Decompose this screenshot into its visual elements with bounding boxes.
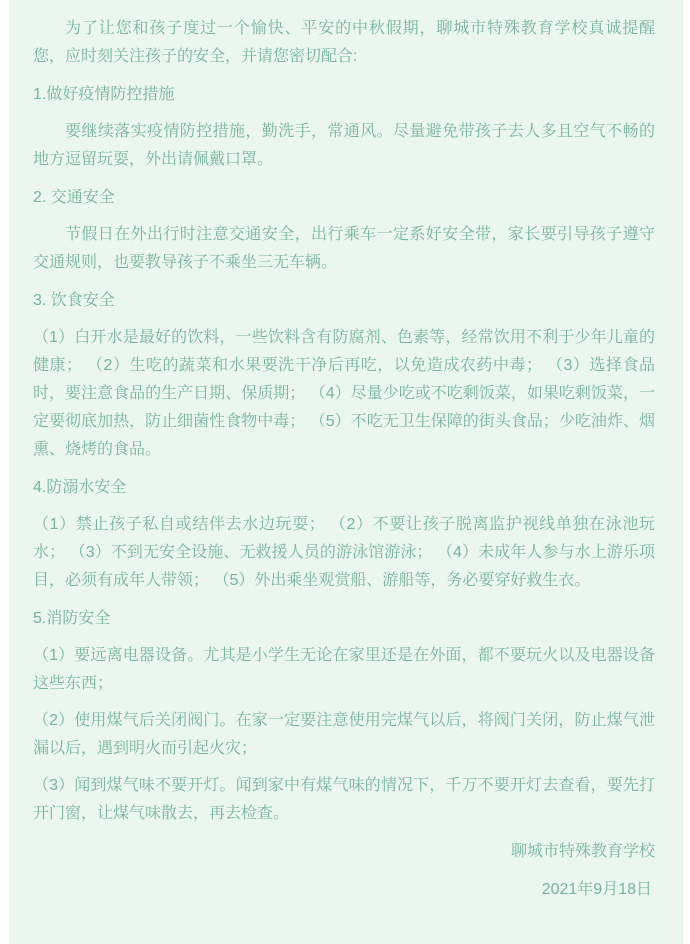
section-1-paragraph: 要继续落实疫情防控措施，勤洗手，常通风。尽量避免带孩子去人多且空气不畅的地方逗留… <box>33 118 655 174</box>
section-2-paragraph: 节假日在外出行时注意交通安全，出行乘车一定系好安全带，家长要引导孩子遵守交通规则… <box>33 221 655 277</box>
section-5-paragraph-2: （2）使用煤气后关闭阀门。在家一定要注意使用完煤气以后，将阀门关闭，防止煤气泄漏… <box>33 707 655 763</box>
section-4-heading: 4.防溺水安全 <box>33 474 655 502</box>
section-5-paragraph-1: （1）要远离电器设备。尤其是小学生无论在家里还是在外面，都不要玩火以及电器设备这… <box>33 642 655 698</box>
signature: 聊城市特殊教育学校 <box>33 838 655 866</box>
section-5-heading: 5.消防安全 <box>33 605 655 633</box>
notice-page: 为了让您和孩子度过一个愉快、平安的中秋假期，聊城市特殊教育学校真诚提醒您，应时刻… <box>0 0 690 944</box>
section-2-heading: 2. 交通安全 <box>33 184 655 212</box>
section-3-heading: 3. 饮食安全 <box>33 287 655 315</box>
section-5-paragraph-3: （3）闻到煤气味不要开灯。闻到家中有煤气味的情况下，千万不要开灯去查看，要先打开… <box>33 772 655 828</box>
section-4-paragraph: （1）禁止孩子私自或结伴去水边玩耍； （2）不要让孩子脱离监护视线单独在泳池玩水… <box>33 511 655 595</box>
notice-body: 为了让您和孩子度过一个愉快、平安的中秋假期，聊城市特殊教育学校真诚提醒您，应时刻… <box>9 0 683 944</box>
intro-paragraph: 为了让您和孩子度过一个愉快、平安的中秋假期，聊城市特殊教育学校真诚提醒您，应时刻… <box>33 15 655 71</box>
section-3-paragraph: （1）白开水是最好的饮料，一些饮料含有防腐剂、色素等，经常饮用不利于少年儿童的健… <box>33 324 655 464</box>
section-1-heading: 1.做好疫情防控措施 <box>33 81 655 109</box>
date: 2021年9月18日 <box>33 876 655 904</box>
